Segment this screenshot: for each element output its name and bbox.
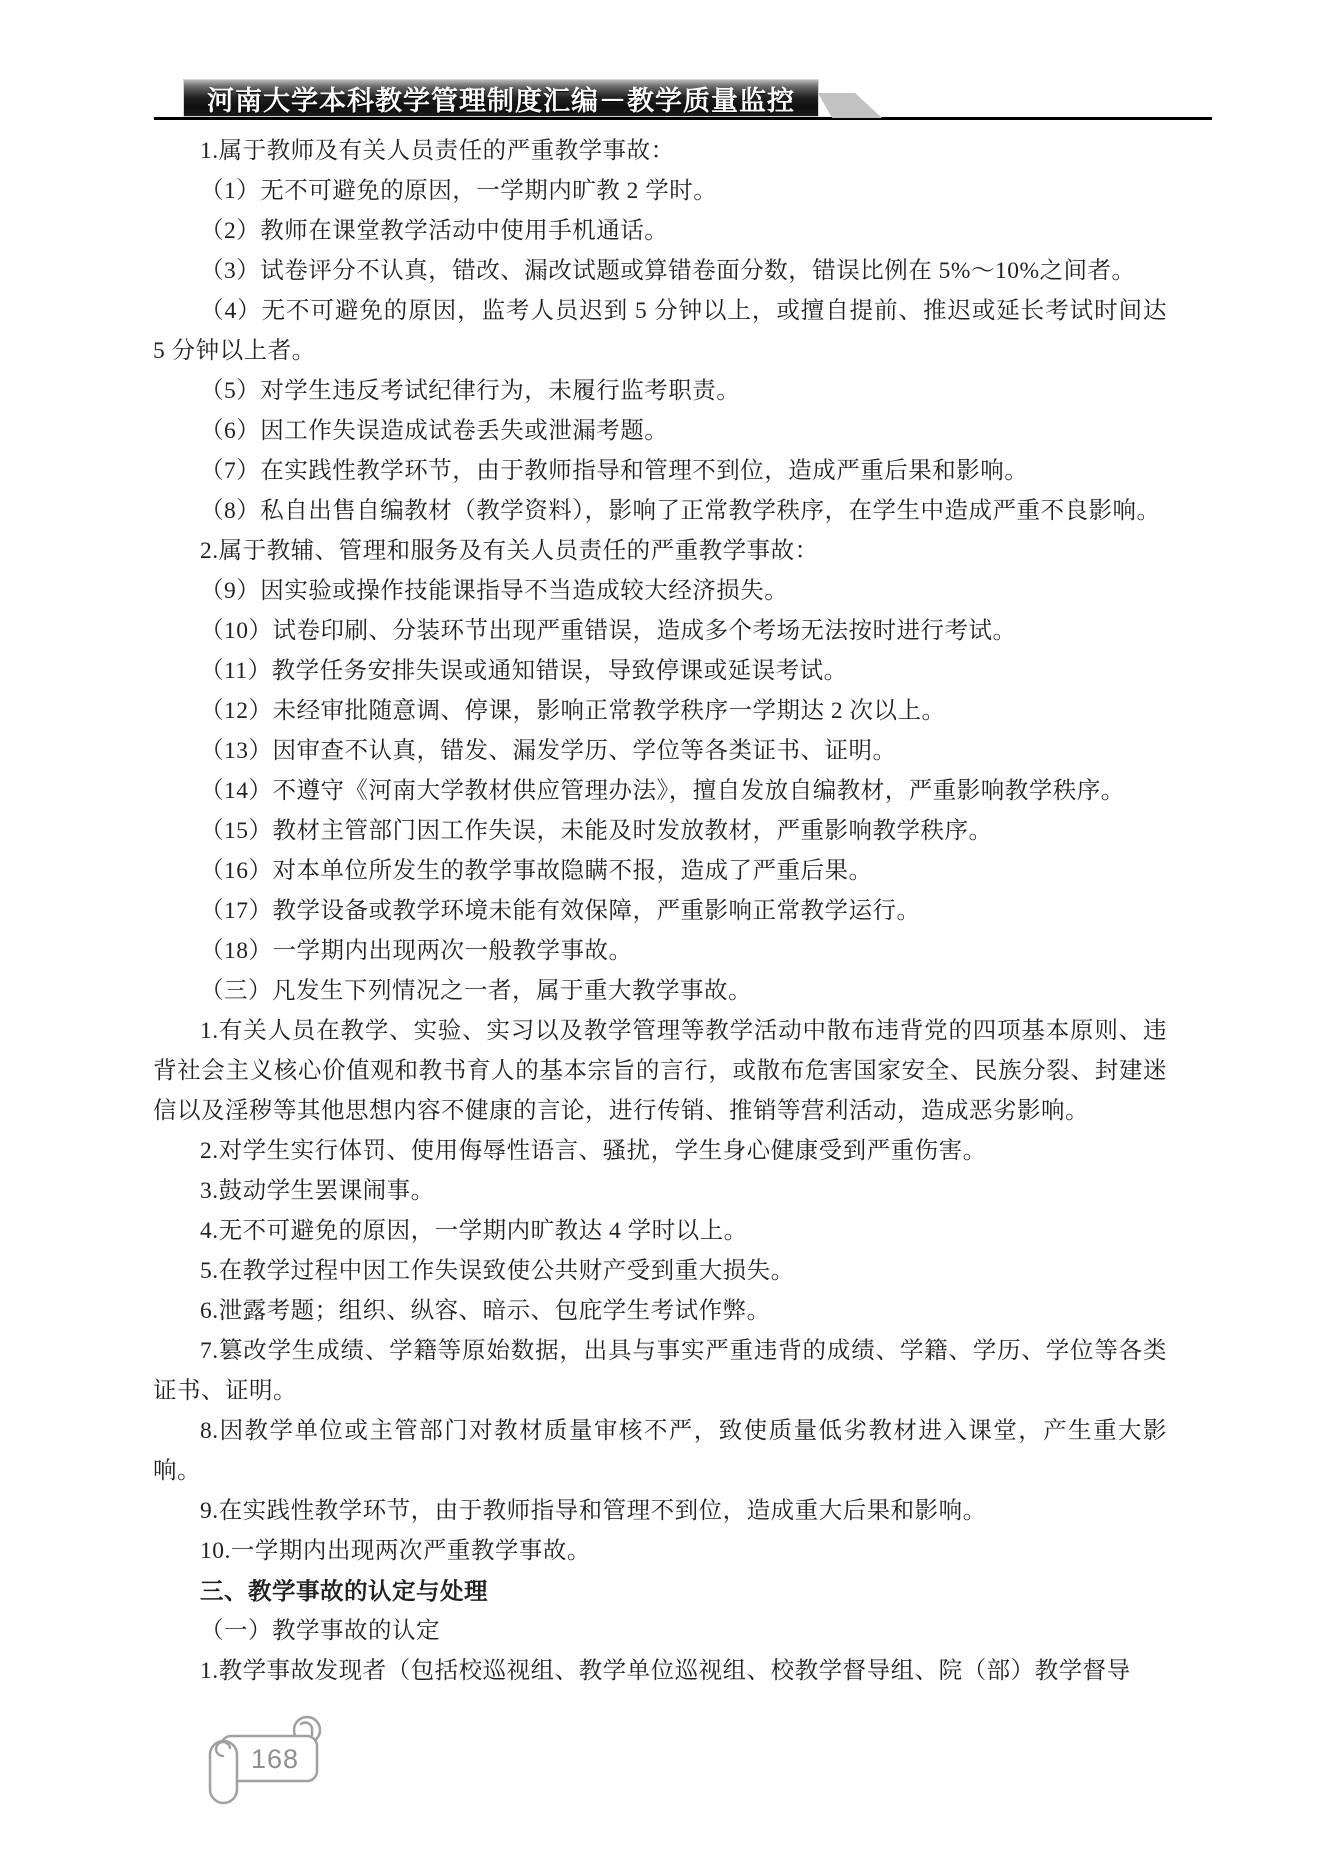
header-fold-icon <box>818 93 882 118</box>
paragraph: （13）因审查不认真，错发、漏发学历、学位等各类证书、证明。 <box>153 731 1167 771</box>
paragraph: （15）教材主管部门因工作失误，未能及时发放教材，严重影响教学秩序。 <box>153 811 1167 851</box>
paragraph: （6）因工作失误造成试卷丢失或泄漏考题。 <box>153 411 1167 451</box>
paragraph: 10.一学期内出现两次严重教学事故。 <box>153 1531 1167 1571</box>
section-heading: 三、教学事故的认定与处理 <box>153 1571 1167 1611</box>
paragraph: （5）对学生违反考试纪律行为，未履行监考职责。 <box>153 371 1167 411</box>
paragraph: （9）因实验或操作技能课指导不当造成较大经济损失。 <box>153 571 1167 611</box>
page-number-scroll: 168 <box>206 1712 330 1807</box>
page-number: 168 <box>230 1744 320 1775</box>
paragraph: 2.属于教辅、管理和服务及有关人员责任的严重教学事故： <box>153 531 1167 571</box>
paragraph: （一）教学事故的认定 <box>153 1611 1167 1651</box>
page-header-title: 河南大学本科教学管理制度汇编－教学质量监控 <box>207 79 795 118</box>
paragraph: （16）对本单位所发生的教学事故隐瞒不报，造成了严重后果。 <box>153 851 1167 891</box>
paragraph: （11）教学任务安排失误或通知错误，导致停课或延误考试。 <box>153 651 1167 691</box>
paragraph: （10）试卷印刷、分装环节出现严重错误，造成多个考场无法按时进行考试。 <box>153 611 1167 651</box>
paragraph: （2）教师在课堂教学活动中使用手机通话。 <box>153 211 1167 251</box>
paragraph: （14）不遵守《河南大学教材供应管理办法》，擅自发放自编教材，严重影响教学秩序。 <box>153 771 1167 811</box>
document-page: 河南大学本科教学管理制度汇编－教学质量监控 1.属于教师及有关人员责任的严重教学… <box>0 0 1323 1871</box>
document-body: 1.属于教师及有关人员责任的严重教学事故：（1）无不可避免的原因，一学期内旷教 … <box>153 131 1167 1691</box>
paragraph: （8）私自出售自编教材（教学资料），影响了正常教学秩序，在学生中造成严重不良影响… <box>153 491 1167 531</box>
paragraph: 6.泄露考题；组织、纵容、暗示、包庇学生考试作弊。 <box>153 1291 1167 1331</box>
paragraph: 2.对学生实行体罚、使用侮辱性语言、骚扰，学生身心健康受到严重伤害。 <box>153 1131 1167 1171</box>
paragraph: （三）凡发生下列情况之一者，属于重大教学事故。 <box>153 971 1167 1011</box>
paragraph: （18）一学期内出现两次一般教学事故。 <box>153 931 1167 971</box>
paragraph: 1.教学事故发现者（包括校巡视组、教学单位巡视组、校教学督导组、院（部）教学督导 <box>153 1651 1167 1691</box>
paragraph: （17）教学设备或教学环境未能有效保障，严重影响正常教学运行。 <box>153 891 1167 931</box>
paragraph: 9.在实践性教学环节，由于教师指导和管理不到位，造成重大后果和影响。 <box>153 1491 1167 1531</box>
paragraph: （1）无不可避免的原因，一学期内旷教 2 学时。 <box>153 171 1167 211</box>
paragraph: （3）试卷评分不认真，错改、漏改试题或算错卷面分数，错误比例在 5%～10%之间… <box>153 251 1167 291</box>
paragraph: 3.鼓动学生罢课闹事。 <box>153 1171 1167 1211</box>
header-banner: 河南大学本科教学管理制度汇编－教学质量监控 <box>183 79 819 117</box>
paragraph: 8.因教学单位或主管部门对教材质量审核不严，致使质量低劣教材进入课堂，产生重大影… <box>153 1411 1167 1491</box>
paragraph: 1.有关人员在教学、实验、实习以及教学管理等教学活动中散布违背党的四项基本原则、… <box>153 1011 1167 1131</box>
paragraph: （7）在实践性教学环节，由于教师指导和管理不到位，造成严重后果和影响。 <box>153 451 1167 491</box>
paragraph: 7.篡改学生成绩、学籍等原始数据，出具与事实严重违背的成绩、学籍、学历、学位等各… <box>153 1331 1167 1411</box>
paragraph: （4）无不可避免的原因，监考人员迟到 5 分钟以上，或擅自提前、推迟或延长考试时… <box>153 291 1167 371</box>
paragraph: 4.无不可避免的原因，一学期内旷教达 4 学时以上。 <box>153 1211 1167 1251</box>
paragraph: （12）未经审批随意调、停课，影响正常教学秩序一学期达 2 次以上。 <box>153 691 1167 731</box>
paragraph: 5.在教学过程中因工作失误致使公共财产受到重大损失。 <box>153 1251 1167 1291</box>
paragraph: 1.属于教师及有关人员责任的严重教学事故： <box>153 131 1167 171</box>
